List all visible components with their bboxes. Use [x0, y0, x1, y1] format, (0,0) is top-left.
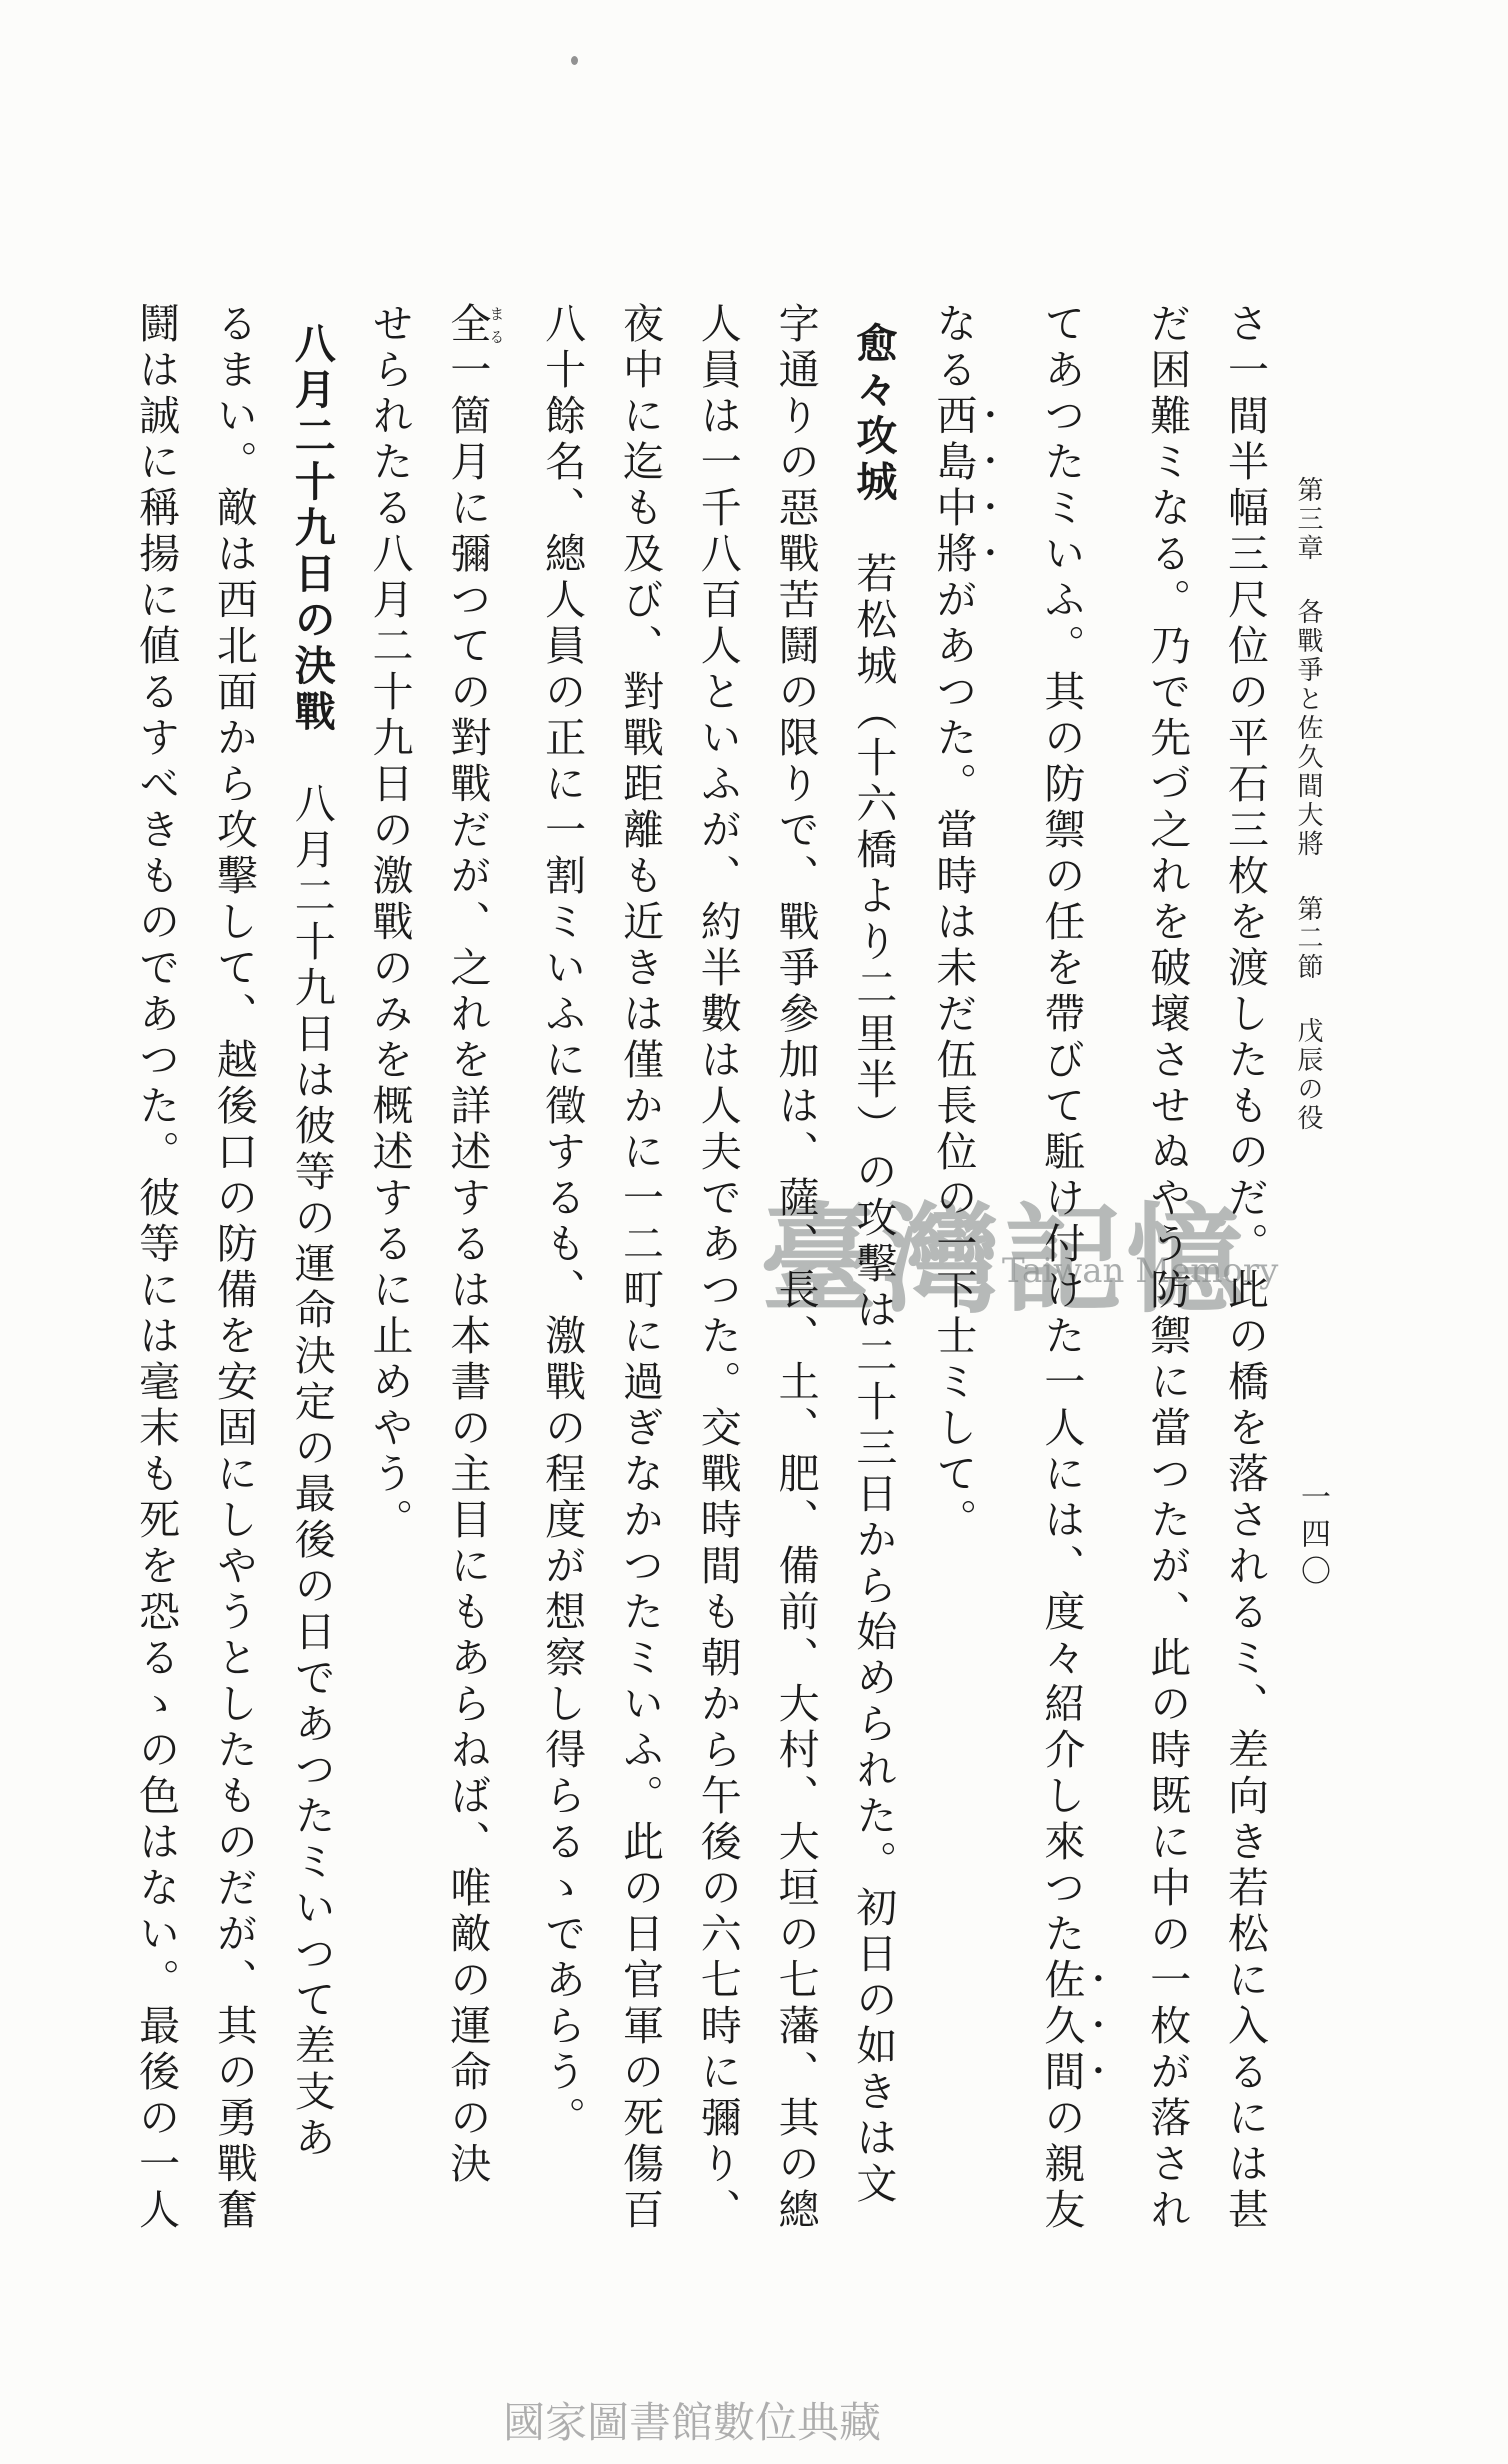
column-text: さ一間半幅三尺位の平石三枚を渡したものだ。此の橋を落されるミ、差向き若松に入るに… [1221, 302, 1269, 2234]
column-text: の親友 [1037, 2096, 1085, 2234]
section-heading: 愈々攻城 [849, 322, 897, 506]
scanned-book-page: 臺灣記憶 Taiwan Memory 第三章 各戰爭と佐久間大將 第二節 戊辰の… [0, 0, 1508, 2464]
column-text: 八十餘名、總人員の正に一割ミいふに徵するも、激戰の程度が想察し得らるゝであらう。 [538, 302, 586, 2142]
running-head-chapter-title: 各戰爭と佐久間大將 [1293, 598, 1323, 859]
library-collection-label: 國家圖書館數位典藏 [503, 2390, 881, 2450]
column-text: 八月二十九日は彼等の運命決定の最後の日であつたミいつて差支あ [288, 782, 336, 2162]
column-text: 鬪は誠に稱揚に値るすべきものであつた。彼等には毫末も死を恐るゝの色はない。最後の… [132, 302, 180, 2234]
column-text: 字通りの惡戰苦鬪の限りで、戰爭參加は、薩、長、土、肥、備前、大村、大垣の七藩、其… [772, 302, 820, 2234]
running-head-section: 第二節 [1293, 895, 1323, 982]
column-text: 若松城（十六橋より二里半）の攻擊は二十三日から始められた。初日の如きは文 [849, 552, 897, 2208]
ruby-annotated-text: 全まる [443, 302, 491, 348]
running-head-section-title: 戊辰の役 [1293, 1017, 1323, 1133]
scan-speck [571, 56, 578, 65]
text-column: なる西島中將があつた。當時は未だ伍長位の一下士ミして。 [929, 302, 1001, 2402]
text-column: 全まる一箇月に彌つての對戰だが、之れを詳述するは本書の主目にもあらねば、唯敵の運… [446, 302, 505, 2402]
column-text: だ困難ミなる。乃で先づ之れを破壞させぬやう防禦に當つたが、此の時既に中の一枚が落… [1143, 302, 1191, 2234]
column-text: るまい。敵は西北面から攻擊して、越後口の防備を安固にしやうとしたものだが、其の勇… [210, 302, 258, 2234]
text-column: るまい。敵は西北面から攻擊して、越後口の防備を安固にしやうとしたものだが、其の勇… [212, 302, 254, 2402]
text-column: 愈々攻城若松城（十六橋より二里半）の攻擊は二十三日から始められた。初日の如きは文 [852, 302, 894, 2402]
section-heading: 八月二十九日の決戰 [288, 322, 336, 736]
running-head: 第三章 各戰爭と佐久間大將 第二節 戊辰の役 [1290, 476, 1327, 1133]
text-column: せられたる八月二十九日の激戰のみを概述するに止めやう。 [368, 302, 410, 2402]
column-text: 夜中に迄も及び、對戰距離も近きは僅かに一二町に過ぎなかつたミいふ。此の日官軍の死… [616, 302, 664, 2234]
column-text: 人員は一千八百人といふが、約半數は人夫であつた。交戰時間も朝から午後の六七時に彌… [694, 302, 742, 2234]
running-head-chapter: 第三章 [1293, 476, 1323, 563]
text-column: 夜中に迄も及び、對戰距離も近きは僅かに一二町に過ぎなかつたミいふ。此の日官軍の死… [618, 302, 660, 2402]
text-column: だ困難ミなる。乃で先づ之れを破壞させぬやう防禦に當つたが、此の時既に中の一枚が落… [1145, 302, 1187, 2402]
text-column: さ一間半幅三尺位の平石三枚を渡したものだ。此の橋を落されるミ、差向き若松に入るに… [1223, 302, 1265, 2402]
text-column: 八月二十九日の決戰八月二十九日は彼等の運命決定の最後の日であつたミいつて差支あ [290, 302, 332, 2402]
ruby-reading: まる [487, 302, 505, 348]
page-number: 一四〇 [1290, 1481, 1334, 1592]
text-column: てあつたミいふ。其の防禦の任を帶びて駈け付けた一人には、度々紹介し來つた佐久間の… [1037, 302, 1109, 2402]
text-column: 鬪は誠に稱揚に値るすべきものであつた。彼等には毫末も死を恐るゝの色はない。最後の… [134, 302, 176, 2402]
column-text: てあつたミいふ。其の防禦の任を帶びて駈け付けた一人には、度々紹介し來つた [1037, 302, 1085, 1958]
main-text-columns: さ一間半幅三尺位の平石三枚を渡したものだ。此の橋を落されるミ、差向き若松に入るに… [98, 302, 1265, 2402]
emphasized-text: 西島中將 [929, 394, 977, 578]
column-text: 一箇月に彌つての對戰だが、之れを詳述するは本書の主目にもあらねば、唯敵の運命の決 [443, 348, 491, 2188]
emphasized-text: 佐久間 [1037, 1958, 1085, 2096]
column-text: なる [929, 302, 977, 394]
text-column: 八十餘名、總人員の正に一割ミいふに徵するも、激戰の程度が想察し得らるゝであらう。 [540, 302, 582, 2402]
column-text: があつた。當時は未だ伍長位の一下士ミして。 [929, 578, 977, 1544]
text-column: 字通りの惡戰苦鬪の限りで、戰爭參加は、薩、長、土、肥、備前、大村、大垣の七藩、其… [774, 302, 816, 2402]
column-text: せられたる八月二十九日の激戰のみを概述するに止めやう。 [366, 302, 414, 1544]
text-column: 人員は一千八百人といふが、約半數は人夫であつた。交戰時間も朝から午後の六七時に彌… [696, 302, 738, 2402]
